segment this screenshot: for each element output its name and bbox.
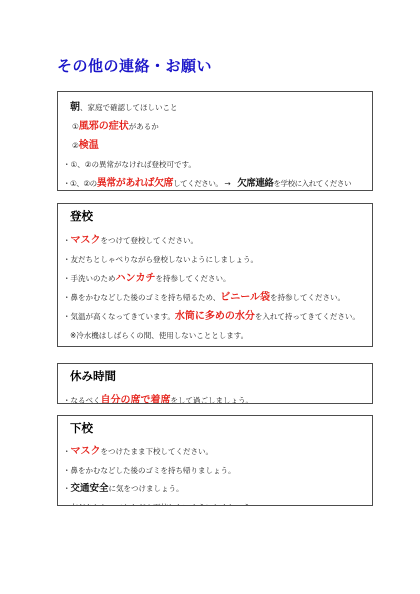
body-text: に気をつけましょう。 (109, 484, 184, 493)
section-header: 下校 (58, 416, 372, 436)
emphasis-bold-text: 欠席連絡 (237, 178, 273, 189)
text-line: ・気温が高くなってきています。水筒に多めの水分を入れて持ってきてください。 (58, 304, 372, 323)
text-line: ・友だちとしゃべりながら下校しないようにしましょう。 (58, 496, 372, 507)
emphasis-red-text: マスク (71, 235, 101, 246)
section-break-lines: ・なるべく自分の席で着席をして過ごしましょう。 (58, 384, 372, 404)
text-line: 朝、家庭で確認してほしいこと (58, 95, 372, 114)
text-line: ・①、②の異常がなければ登校可です。 (58, 152, 372, 171)
body-text: を入れて持ってきてください。 (255, 312, 360, 321)
text-line: ①風邪の症状があるか (58, 114, 372, 133)
body-text: ・手洗いのため (63, 274, 116, 283)
body-text: ② (72, 141, 79, 150)
section-box-going-to-school: 登校 ・マスクをつけて登校してください。・友だちとしゃべりながら登校しないように… (57, 203, 373, 347)
body-text: を学校に入れてください (273, 179, 351, 188)
body-text: ・①、②の異常がなければ登校可です。 (63, 160, 196, 169)
emphasis-red-text: ハンカチ (116, 273, 156, 284)
body-text: をつけて登校してください。 (101, 236, 199, 245)
text-line: ※冷水機はしばらくの間、使用しないこととします。 (58, 323, 372, 342)
section-header: 登校 (58, 204, 372, 224)
body-text: ・鼻をかむなどした後のゴミを持ち帰りましょう。 (63, 466, 236, 475)
body-text: ・ (63, 447, 71, 456)
section-box-leaving-school: 下校 ・マスクをつけたまま下校してください。・鼻をかむなどした後のゴミを持ち帰り… (57, 415, 373, 506)
body-text: してください。 → (173, 179, 237, 188)
section-box-morning: 朝、家庭で確認してほしいこと①風邪の症状があるか②検温・①、②の異常がなければ登… (57, 91, 373, 191)
section-gekou-lines: ・マスクをつけたまま下校してください。・鼻をかむなどした後のゴミを持ち帰りましょ… (58, 436, 372, 506)
body-text: を持参してください。 (270, 293, 345, 302)
section-tokou-lines: ・マスクをつけて登校してください。・友だちとしゃべりながら登校しないようにしまし… (58, 224, 372, 342)
text-line: ・手洗いのためハンカチを持参してください。 (58, 266, 372, 285)
body-text: をして過ごしましょう。 (171, 396, 254, 404)
section-header: 休み時間 (58, 364, 372, 384)
body-text: ・ (63, 236, 71, 245)
section-box-break-time: 休み時間 ・なるべく自分の席で着席をして過ごしましょう。 (57, 363, 373, 404)
body-text: を持参してください。 (156, 274, 231, 283)
body-text: ・①、②の (63, 179, 97, 188)
emphasis-red-text: 検温 (79, 140, 99, 151)
emphasis-red-text: 水筒に多めの水分 (175, 311, 255, 322)
emphasis-bold-text: 朝 (70, 102, 80, 113)
emphasis-red-text: 自分の席で着席 (101, 395, 171, 404)
text-line: ・①、②の異常があれば欠席してください。 → 欠席連絡を学校に入れてください (58, 171, 372, 190)
body-text: があるか (129, 122, 159, 131)
body-text: ・鼻をかむなどした後のゴミを持ち帰るため、 (63, 293, 220, 302)
body-text: ・ (63, 484, 71, 493)
text-line: ・鼻をかむなどした後のゴミを持ち帰りましょう。 (58, 459, 372, 478)
text-line: ・なるべく自分の席で着席をして過ごしましょう。 (58, 388, 372, 404)
emphasis-red-text: ビニール袋 (220, 292, 270, 303)
emphasis-red-text: 異常があれば欠席 (97, 178, 173, 189)
text-line: ・交通安全に気をつけましょう。 (58, 477, 372, 496)
body-text: ・友だちとしゃべりながら登校しないようにしましょう。 (63, 255, 258, 264)
document-page: その他の連絡・お願い 朝、家庭で確認してほしいこと①風邪の症状があるか②検温・①… (0, 0, 420, 594)
body-text: ・友だちとしゃべりながら下校しないようにしましょう。 (63, 503, 258, 507)
text-line: ・友だちとしゃべりながら登校しないようにしましょう。 (58, 247, 372, 266)
body-text: ・気温が高くなってきています。 (63, 312, 175, 321)
emphasis-bold-text: 交通安全 (71, 483, 109, 494)
body-text: ① (72, 122, 79, 131)
text-line: ・マスクをつけたまま下校してください。 (58, 440, 372, 459)
body-text: ・なるべく (63, 396, 101, 404)
body-text: をつけたまま下校してください。 (101, 447, 214, 456)
emphasis-red-text: マスク (71, 446, 101, 457)
page-title: その他の連絡・お願い (57, 55, 212, 76)
text-line: ・鼻をかむなどした後のゴミを持ち帰るため、ビニール袋を持参してください。 (58, 285, 372, 304)
text-line: ・マスクをつけて登校してください。 (58, 228, 372, 247)
text-line: ②検温 (58, 133, 372, 152)
section-morning-lines: 朝、家庭で確認してほしいこと①風邪の症状があるか②検温・①、②の異常がなければ登… (58, 92, 372, 190)
body-text: 、家庭で確認してほしいこと (80, 103, 178, 112)
body-text: ※冷水機はしばらくの間、使用しないこととします。 (70, 331, 248, 340)
emphasis-red-text: 風邪の症状 (79, 121, 129, 132)
